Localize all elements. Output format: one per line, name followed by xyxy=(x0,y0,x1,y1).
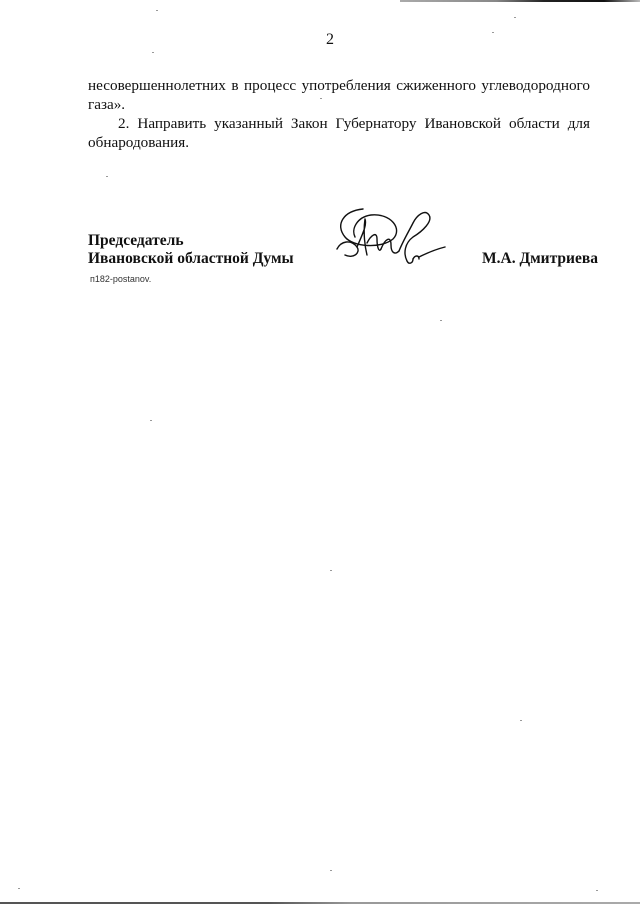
scan-speck xyxy=(330,870,332,871)
scan-speck xyxy=(152,52,154,53)
scan-speck xyxy=(520,720,522,721)
scan-speck xyxy=(106,176,108,177)
paragraph-2-line-1: 2. Направить указанный Закон Губернатору… xyxy=(88,114,590,133)
scan-top-edge-line xyxy=(400,0,640,2)
page-number: 2 xyxy=(0,31,640,49)
scan-speck xyxy=(156,10,158,11)
handwritten-signature-icon xyxy=(333,203,448,268)
scan-speck xyxy=(440,320,442,321)
scan-speck xyxy=(18,888,20,889)
paragraph-1-line-1: несовершеннолетних в процесс употреблени… xyxy=(88,76,590,95)
signatory-title-line-1: Председатель xyxy=(88,232,294,250)
scan-speck xyxy=(492,32,494,33)
paragraph-1-line-2: газа». xyxy=(88,95,590,114)
signatory-title-line-2: Ивановской областной Думы xyxy=(88,250,294,268)
scan-speck xyxy=(514,17,516,18)
paragraph-2-line-2: обнародования. xyxy=(88,133,590,152)
document-body: несовершеннолетних в процесс употреблени… xyxy=(88,76,590,152)
scan-speck xyxy=(150,420,152,421)
document-reference: п182-postanov. xyxy=(90,274,151,284)
scan-speck xyxy=(330,570,332,571)
signatory-name: М.А. Дмитриева xyxy=(482,250,598,268)
scan-speck xyxy=(320,98,322,99)
scan-speck xyxy=(596,890,598,891)
scan-bottom-edge-line xyxy=(0,902,640,904)
signatory-title: Председатель Ивановской областной Думы xyxy=(88,232,294,268)
